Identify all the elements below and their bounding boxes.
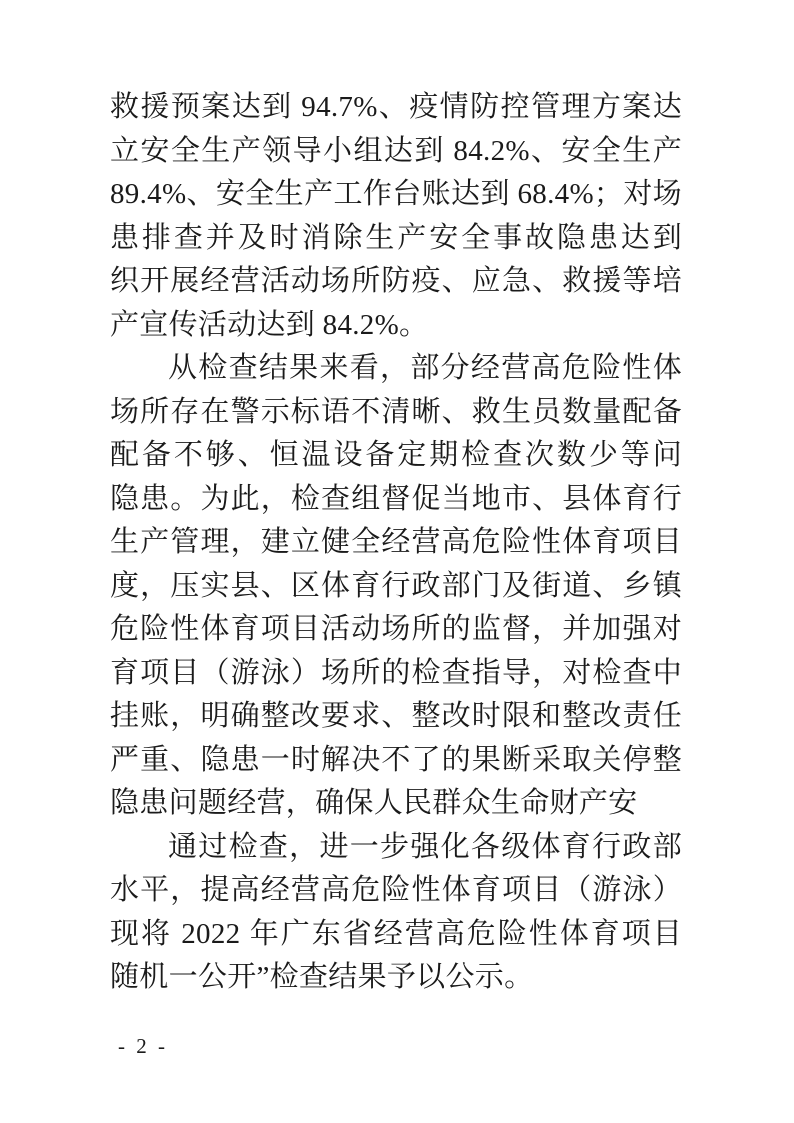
text-line: 危险性体育项目活动场所的监督，并加强对经营高危险性体 xyxy=(110,608,682,652)
text-line: 严重、隐患一时解决不了的果断采取关停整改措施，杜绝带 xyxy=(110,739,682,783)
text-line: 89.4%、安全生产工作台账达到 68.4%；对场地设施进行隐 xyxy=(110,173,682,217)
text-line: 隐患。为此，检查组督促当地市、县体育行政部门加强安全 xyxy=(110,478,682,522)
text-line: 配备不够、恒温设备定期检查次数少等问题，存在较大风险 xyxy=(110,434,682,478)
text-line: 育项目（游泳）场所的检查指导，对检查中发现的问题拉条 xyxy=(110,652,682,696)
text-line: 随机一公开”检查结果予以公示。 xyxy=(110,956,682,1000)
page-number: - 2 - xyxy=(118,1034,168,1059)
document-page: 救援预案达到 94.7%、疫情防控管理方案达到 94.7%；建立安全生产领导小组… xyxy=(0,0,794,1123)
text-line: 救援预案达到 94.7%、疫情防控管理方案达到 94.7%；建 xyxy=(110,86,682,130)
text-line: 隐患问题经营，确保人民群众生命财产安全。 xyxy=(110,782,682,826)
text-line: 水平，提高经营高危险性体育项目（游泳）场所安全意识。 xyxy=(110,869,682,913)
text-line: 挂账，明确整改要求、整改时限和整改责任人，对存在问题 xyxy=(110,695,682,739)
text-line: 织开展经营活动场所防疫、应急、救援等培训演练及安全生 xyxy=(110,260,682,304)
text-line: 度，压实县、区体育行政部门及街道、乡镇对辖区内经营高 xyxy=(110,565,682,609)
text-line: 生产管理，建立健全经营高危险性体育项目安全生产责任制 xyxy=(110,521,682,565)
text-line: 现将 2022 年广东省经营高危险性体育项目（游泳）场所“双 xyxy=(110,913,682,957)
paragraph: 通过检查，进一步强化各级体育行政部门安全生产管理水平，提高经营高危险性体育项目（… xyxy=(110,826,682,1000)
text-line: 患排查并及时消除生产安全事故隐患达到 68.4%；本年度组 xyxy=(110,217,682,261)
document-body: 救援预案达到 94.7%、疫情防控管理方案达到 94.7%；建立安全生产领导小组… xyxy=(110,86,682,1000)
text-line: 通过检查，进一步强化各级体育行政部门安全生产管理 xyxy=(110,826,682,870)
text-line: 立安全生产领导小组达到 84.2%、安全生产工作制度达到 xyxy=(110,130,682,174)
text-line: 场所存在警示标语不清晰、救生员数量配备不足、消防设施 xyxy=(110,391,682,435)
text-line: 产宣传活动达到 84.2%。 xyxy=(110,304,682,348)
paragraph: 从检查结果来看，部分经营高危险性体育项目（游泳）场所存在警示标语不清晰、救生员数… xyxy=(110,347,682,826)
paragraph: 救援预案达到 94.7%、疫情防控管理方案达到 94.7%；建立安全生产领导小组… xyxy=(110,86,682,347)
text-line: 从检查结果来看，部分经营高危险性体育项目（游泳） xyxy=(110,347,682,391)
